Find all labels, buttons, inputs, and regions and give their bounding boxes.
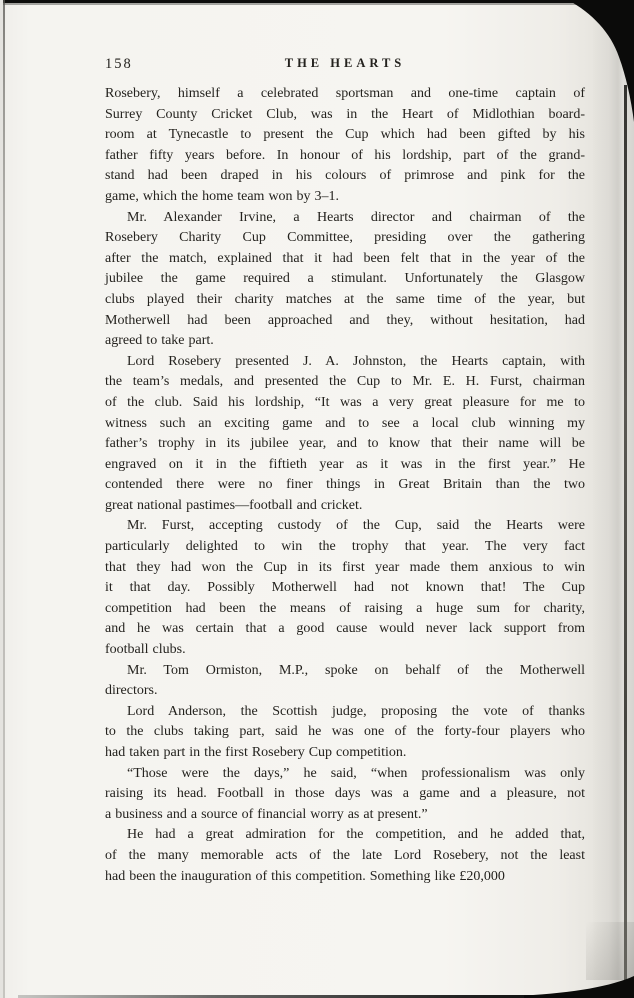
book-page-scan: 158 THE HEARTS Rosebery, himself a celeb… [0,0,634,998]
text-line: and he was certain that a good cause wou… [105,619,585,640]
text-line: engraved on it in the fiftieth year as i… [105,455,585,476]
text-line: had been the inauguration of this compet… [105,867,585,888]
running-title: THE HEARTS [105,56,585,71]
text-line: a business and a source of financial wor… [105,805,585,826]
page-curl-shadow [592,0,634,998]
text-line: He had a great admiration for the compet… [105,825,585,846]
paragraph: Lord Anderson, the Scottish judge, propo… [105,702,585,826]
text-line: game, which the home team won by 3–1. [105,187,585,208]
text-line: father fifty years before. In honour of … [105,146,585,167]
text-line: Mr. Tom Ormiston, M.P., spoke on behalf … [105,661,585,682]
text-line: clubs played their charity matches at th… [105,290,585,311]
text-line: stand had been draped in his colours of … [105,166,585,187]
text-line: Lord Rosebery presented J. A. Johnston, … [105,352,585,373]
text-line: Surrey County Cricket Club, was in the H… [105,105,585,126]
text-line: of the many memorable acts of the late L… [105,846,585,867]
text-line: directors. [105,681,585,702]
text-line: “Those were the days,” he said, “when pr… [105,764,585,785]
paragraph: Mr. Alexander Irvine, a Hearts director … [105,208,585,352]
text-line: the team’s medals, and presented the Cup… [105,372,585,393]
text-line: raising its head. Football in those days… [105,784,585,805]
text-line: father’s trophy in its jubilee year, and… [105,434,585,455]
scan-left-edge-line [3,0,5,998]
text-line: jubilee the game required a stimulant. U… [105,269,585,290]
text-line: of the club. Said his lordship, “It was … [105,393,585,414]
text-line: it that day. Possibly Motherwell had not… [105,578,585,599]
text-line: Rosebery Charity Cup Committee, presidin… [105,228,585,249]
text-line: that they had won the Cup in its first y… [105,558,585,579]
text-line: great national pastimes—football and cri… [105,496,585,517]
paragraph: Rosebery, himself a celebrated sportsman… [105,84,585,208]
paragraph: He had a great admiration for the compet… [105,825,585,887]
text-line: Motherwell had been approached and they,… [105,311,585,332]
page-header: 158 THE HEARTS [105,54,585,76]
page-body: Rosebery, himself a celebrated sportsman… [105,84,585,887]
scan-top-edge-shadow [0,3,594,5]
text-line: contended there were no finer things in … [105,475,585,496]
text-line: Lord Anderson, the Scottish judge, propo… [105,702,585,723]
scan-right-page-edge-line [624,85,627,988]
text-line: Mr. Furst, accepting custody of the Cup,… [105,516,585,537]
paragraph: Mr. Furst, accepting custody of the Cup,… [105,516,585,660]
paragraph: Mr. Tom Ormiston, M.P., spoke on behalf … [105,661,585,702]
text-line: particularly delighted to win the trophy… [105,537,585,558]
paragraph: Lord Rosebery presented J. A. Johnston, … [105,352,585,517]
text-line: Rosebery, himself a celebrated sportsman… [105,84,585,105]
text-line: agreed to take part. [105,331,585,352]
scan-corner-shadow [586,922,634,980]
text-line: competition had been the means of raisin… [105,599,585,620]
text-line: football clubs. [105,640,585,661]
text-line: after the match, explained that it had b… [105,249,585,270]
text-line: witness such an exciting game and to see… [105,414,585,435]
text-line: had taken part in the first Rosebery Cup… [105,743,585,764]
text-line: to the clubs taking part, said he was on… [105,722,585,743]
text-line: Mr. Alexander Irvine, a Hearts director … [105,208,585,229]
text-line: room at Tynecastle to present the Cup wh… [105,125,585,146]
